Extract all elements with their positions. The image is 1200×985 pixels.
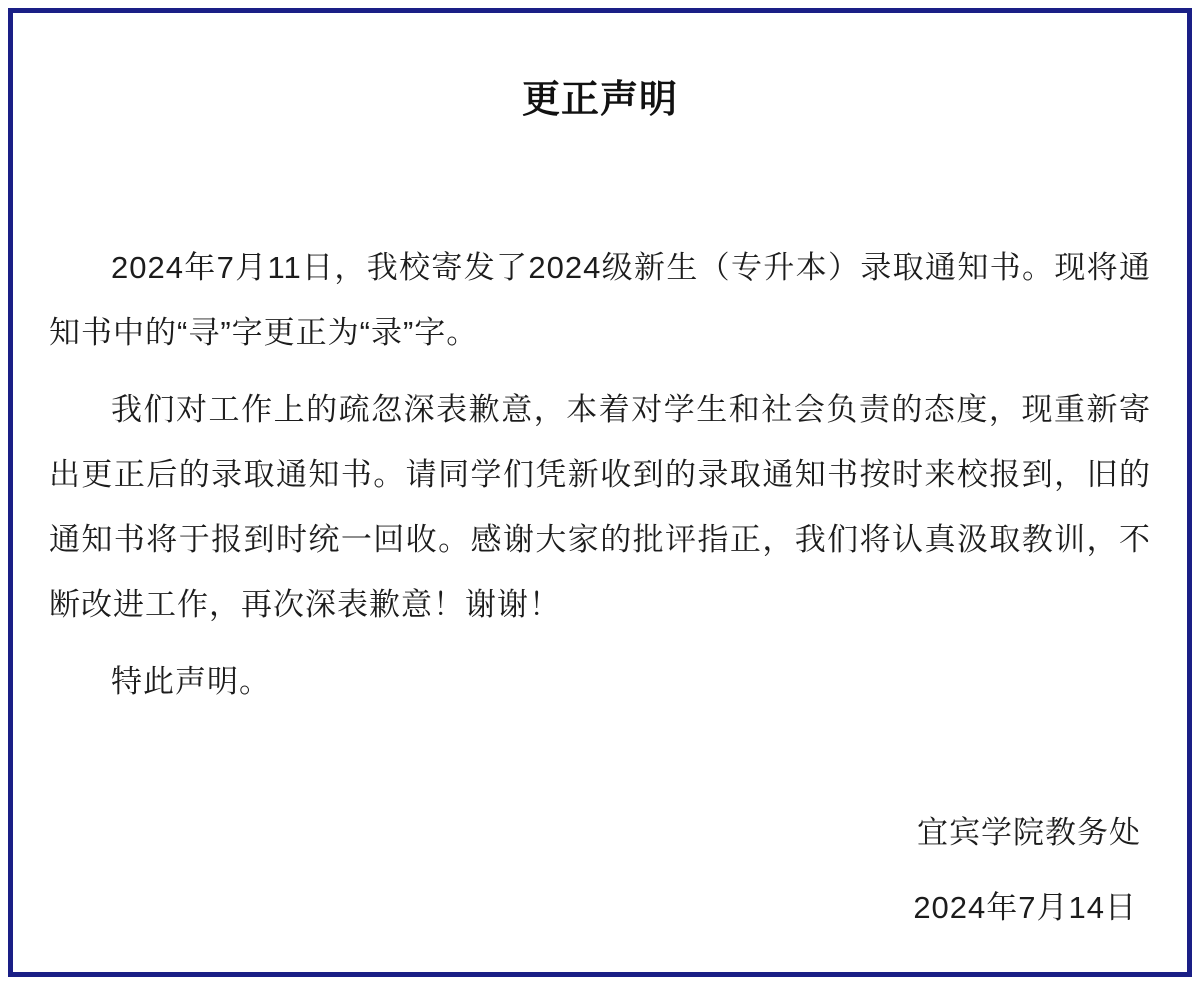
document-content: 更正声明 2024年7月11日，我校寄发了2024级新生（专升本）录取通知书。现…	[13, 13, 1187, 940]
signature-date: 2024年7月14日	[49, 875, 1151, 940]
paragraph-apology: 我们对工作上的疏忽深表歉意，本着对学生和社会负责的态度，现重新寄出更正后的录取通…	[49, 377, 1151, 637]
statement-page: 更正声明 2024年7月11日，我校寄发了2024级新生（专升本）录取通知书。现…	[0, 0, 1200, 985]
paragraph-closing-statement: 特此声明。	[49, 649, 1151, 714]
signature-issuer: 宜宾学院教务处	[49, 800, 1151, 865]
paragraph-correction-notice: 2024年7月11日，我校寄发了2024级新生（专升本）录取通知书。现将通知书中…	[49, 235, 1151, 365]
document-title: 更正声明	[49, 75, 1151, 125]
document-border-frame: 更正声明 2024年7月11日，我校寄发了2024级新生（专升本）录取通知书。现…	[8, 8, 1192, 977]
